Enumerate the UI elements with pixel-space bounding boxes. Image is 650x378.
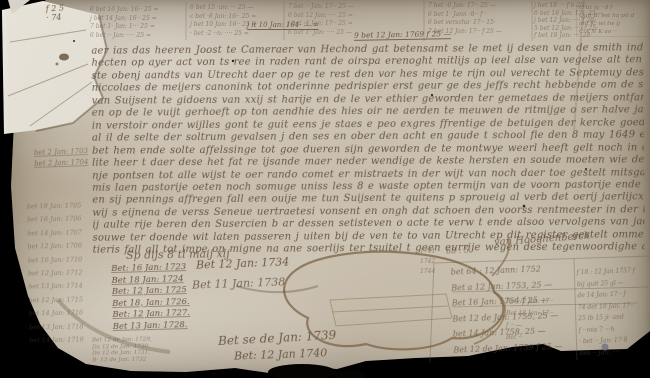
text-line: Bet ·· xyxy=(506,332,553,344)
text-line: bet 13 Jan: 1714 xyxy=(28,280,83,294)
main-body-text: aer ias das heeren Joost te Cameraer van… xyxy=(91,42,644,257)
text-line: 6 bet 16 Jan: 16·· 25 = xyxy=(90,6,184,15)
text-line: bet 2 Jan: 1704 xyxy=(34,157,89,170)
text-line: bet 14 Jan: 1716 xyxy=(29,307,84,321)
text-line: 7 bet 1· Jan: 1··· 25 = xyxy=(90,23,184,32)
underlined-note-2: 9 bet 12 Jan: 1769 f 25 — xyxy=(354,29,451,40)
right-dense-column: f 18 : 12 Jan 1757 fbij quit 25 gl —de 1… xyxy=(576,265,650,359)
text-line: 6 bet 15 ·an: ··· 25 — xyxy=(190,4,280,13)
text-line: Bet 18 Jan: 17·· xyxy=(506,308,553,320)
text-line: bet 12 Jan: 1715 xyxy=(28,293,83,307)
payments-1723-1728: Bet: 16 Jan: 1723Bet 18 Jan: 1724Bet: 12… xyxy=(111,262,190,333)
sum-note: 68 : 5 · xyxy=(446,245,475,255)
text-line: j bet 14 Jan: 16·· 25 = xyxy=(90,15,184,24)
text-line: 7 bet ·6 Jan: 17·· 25 — xyxy=(428,2,528,11)
text-line: 1742 xyxy=(420,257,435,267)
text-line: · bet ·2 ··n: ···· 25 = xyxy=(190,30,280,39)
margin-dates-1703: bet 2 Jan: 1703bet 2 Jan: 1704 xyxy=(34,146,89,170)
right-small-notes: Bet ·/2 Jan: 17··Bet 18 Jan: 17··f ·· —B… xyxy=(506,296,553,344)
text-line: bet 14 Jan: 1719 xyxy=(29,334,84,348)
text-line: Quit B: est ha·pil d xyxy=(579,12,650,20)
margin-dates-column: bet 18 Jan: 1705bet 16 Jan: 1706bet 14 J… xyxy=(27,200,84,348)
text-line: 7 bet ·· Jan: 17·· 25 — xyxy=(288,3,404,12)
right-year-column: 174117421744 xyxy=(420,247,435,277)
tally-column-1: 6 bet 16 Jan: 16·· 25 =j bet 14 Jan: 16·… xyxy=(90,6,184,40)
text-line: B· 13 de Jan: 1732 xyxy=(92,356,152,364)
text-line: bet 18 Jan: 1705 xyxy=(27,200,82,214)
text-line: 6 bet 12 Jan: ···· 25 = xyxy=(288,12,404,21)
text-line: C A N K ao ·· xyxy=(579,28,650,36)
text-line: Bet ·/2 Jan: 17·· xyxy=(506,296,553,308)
text-line: bet 16 Jan: 1710 xyxy=(28,253,83,267)
text-line: 1744 xyxy=(420,267,435,277)
text-line: bet 12 Jan: 1712 xyxy=(28,267,83,281)
text-line: bet 12 Jan: 1708 xyxy=(27,240,82,254)
manuscript-photo: { "scene":{ "background_color":"#000000"… xyxy=(0,0,650,378)
text-line: 6 bet ·· Jan: ···· 25 = xyxy=(90,32,184,41)
text-line: 1741 xyxy=(420,247,435,257)
payments-1729-1732: Bet 12 de Jan: 1729,Da 12 de Jan: 1730,D… xyxy=(92,336,152,363)
text-line: ant K: wi tw ij xyxy=(579,20,650,28)
text-line: bet 14 Jan: 1707 xyxy=(27,226,82,240)
text-line: den ·· Jan: ···· xyxy=(579,345,650,359)
text-line: bet 13 Jan: 1718 xyxy=(29,320,84,334)
text-line: 6 bet 1· Jann ·8·· f · xyxy=(428,11,528,20)
text-line: c bet ·8 Jan: 16·· 25 = xyxy=(190,13,280,22)
text-line: Bet 13 Jan: 1728. xyxy=(113,319,191,333)
text-line: bet 16 Jan: 1706 xyxy=(27,213,82,227)
bottom-hole-2 xyxy=(334,370,366,378)
text-line: · 74 xyxy=(46,13,65,23)
underlined-note-1: j lt 10 Jan: 164· — = xyxy=(247,21,319,29)
top-right-corner-note: O tit ly ··d fQuit B: est ha·pil dant K:… xyxy=(576,4,650,37)
text-line: 6 bet verscha· 17·· 15· xyxy=(428,19,528,28)
text-line: f ·· — xyxy=(506,320,553,332)
text-line: O tit ly ··d f xyxy=(579,4,650,12)
shelf-number-note: f 2 5 · 74 xyxy=(46,4,65,23)
